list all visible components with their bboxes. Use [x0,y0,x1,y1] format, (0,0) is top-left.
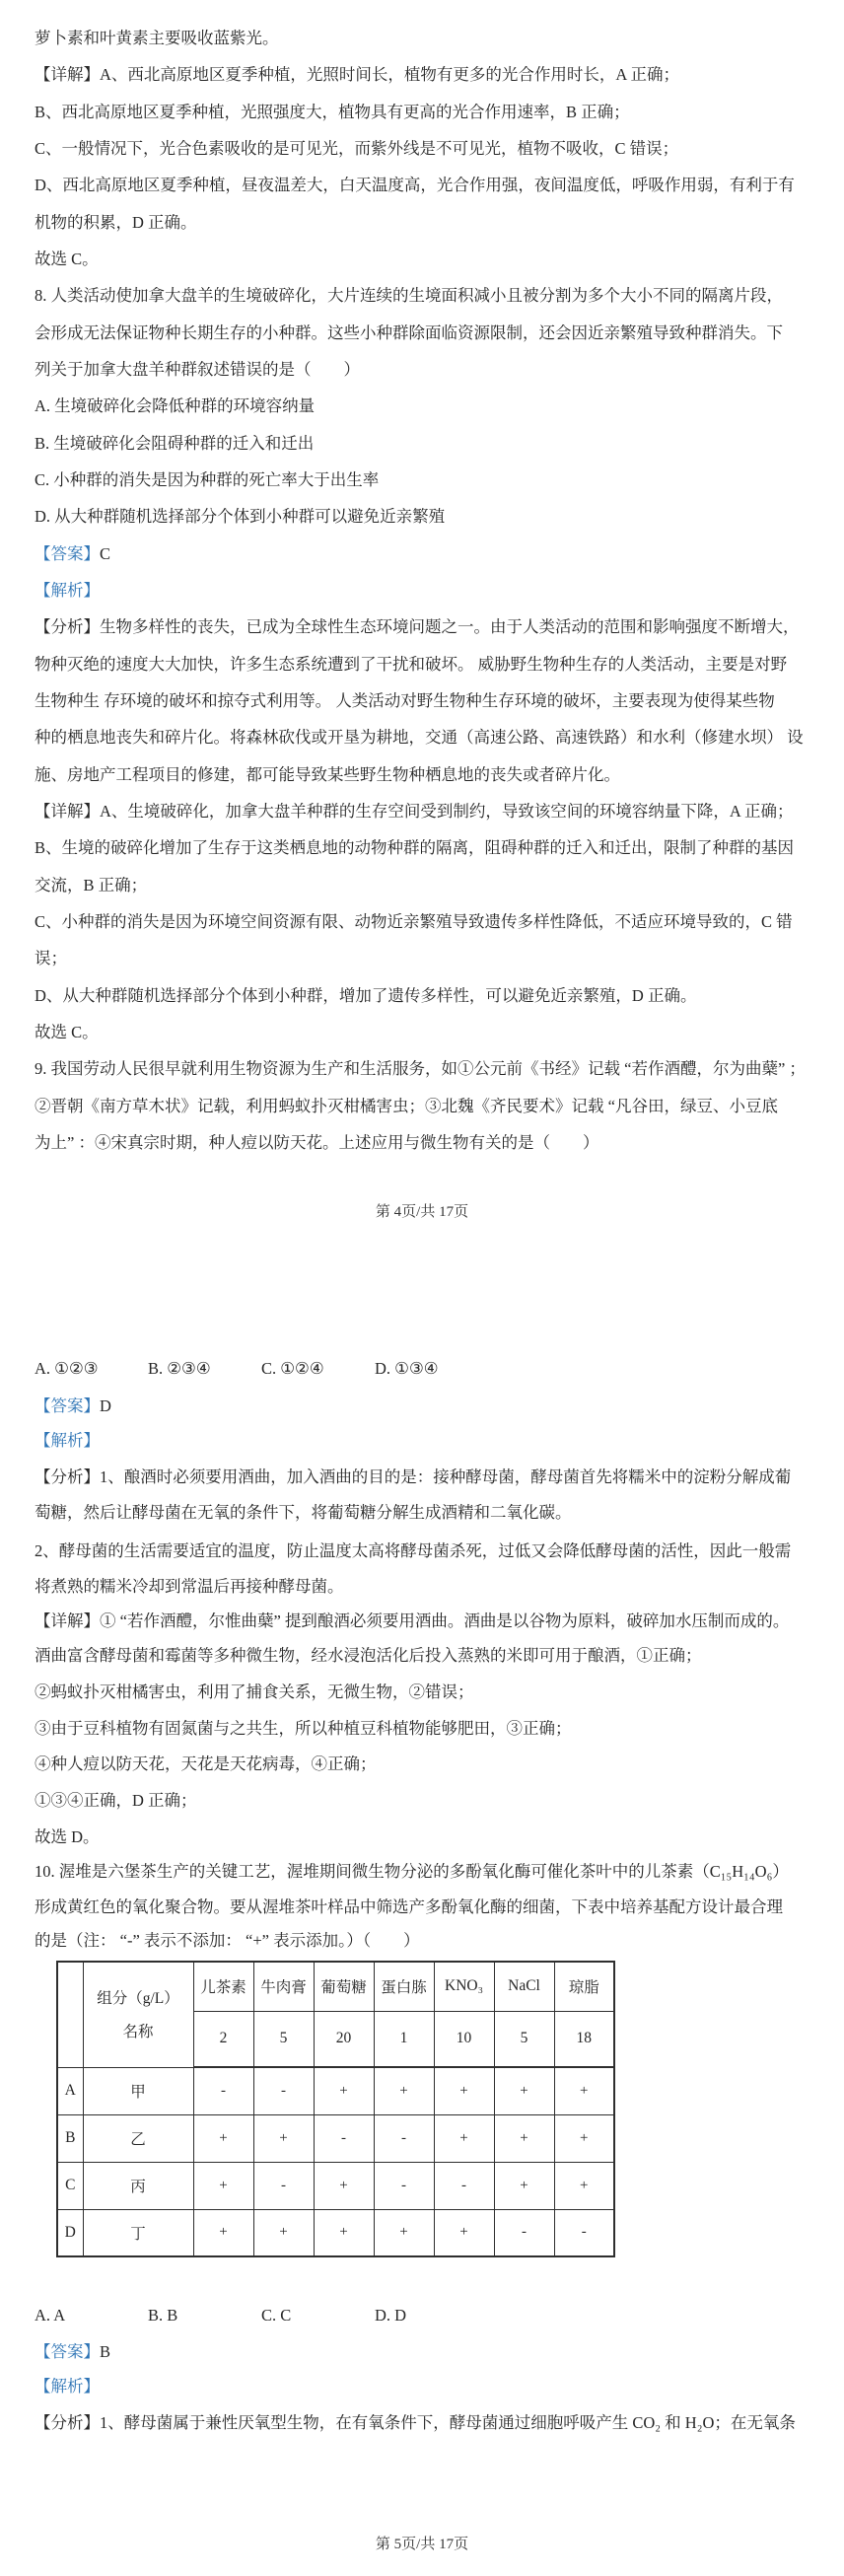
add-flag-cell: - [554,2209,614,2256]
text-line: 将煮熟的糯米冷却到常温后再接种酵母菌。 [35,1576,344,1597]
text-line: 萝卜素和叶黄素主要吸收蓝紫光。 [35,28,279,48]
add-flag-cell: + [374,2209,434,2256]
text-line: B、西北高原地区夏季种植，光照强度大，植物具有更高的光合作用速率，B 正确； [35,102,630,122]
option-item: B. ②③④ [148,1358,211,1379]
answer-line: 【解析】 [35,1430,100,1451]
text-line: ③由于豆科植物有固氮菌与之共生，所以种植豆科植物能够肥田，③正确； [35,1718,572,1739]
medium-name: 乙 [83,2114,193,2162]
text-line: 【分析】1、酿酒时必须要用酒曲，加入酒曲的目的是：接种酵母菌，酵母菌首先将糯米中… [35,1467,791,1487]
add-flag-cell: + [314,2162,374,2209]
text-line: ④种人痘以防天花，天花是天花病毒，④正确； [35,1753,377,1774]
add-flag-cell: + [494,2114,554,2162]
ingredient-amount: 1 [374,2011,434,2067]
text-line: 会形成无法保证物种长期生存的小种群。这些小种群除面临资源限制，还会因近亲繁殖导致… [35,322,783,343]
text-line: 误； [35,948,67,968]
bracket-label: 【答案】 [35,2342,100,2361]
ingredient-header: 儿茶素 [193,1962,253,2011]
option-item: C. C [261,2305,291,2326]
add-flag-cell: + [494,2067,554,2114]
row-option-label: C [57,2162,83,2209]
text-line: 故选 C。 [35,1022,99,1042]
text-line: B、生境的破碎化增加了生存于这类栖息地的动物种群的隔离，阻碍种群的迁入和迁出，限… [35,837,794,858]
text-line: 9. 我国劳动人民很早就利用生物资源为生产和生活服务，如①公元前《书经》记载 “… [35,1058,806,1079]
text-line: 为上” ：④宋真宗时期，种人痘以防天花。上述应用与微生物有关的是（ ） [35,1132,598,1153]
text-line: 8. 人类活动使加拿大盘羊的生境破碎化，大片连续的生境面积减小且被分割为多个大小… [35,285,783,306]
text-line: ②蚂蚁扑灭柑橘害虫，利用了捕食关系，无微生物，②错误； [35,1682,474,1702]
option-item: A. A [35,2305,65,2326]
add-flag-cell: - [253,2162,314,2209]
text-line: ②晋朝《南方草木状》记载，利用蚂蚁扑灭柑橘害虫；③北魏《齐民要术》记载 “凡谷田… [35,1096,778,1116]
page-footer: 第 5页/共 17页 [0,2533,844,2553]
text-line: 故选 C。 [35,249,99,269]
component-unit-label: 组分（g/L） [84,1989,193,2009]
answer-line: 【解析】 [35,580,100,601]
text-line: C. 小种群的消失是因为种群的死亡率大于出生率 [35,469,379,490]
text-line: 10. 渥堆是六堡茶生产的关键工艺，渥堆期间微生物分泌的多酚氧化酶可催化茶叶中的… [35,1861,789,1882]
ingredient-header: 牛肉膏 [253,1962,314,2011]
ingredient-header: KNO₃ [434,1962,494,2011]
bracket-label: 【答案】 [35,1396,100,1415]
add-flag-cell: - [253,2067,314,2114]
text-line: C、小种群的消失是因为环境空间资源有限、动物近亲繁殖导致遗传多样性降低，不适应环… [35,911,793,932]
add-flag-cell: + [554,2162,614,2209]
add-flag-cell: + [193,2162,253,2209]
add-flag-cell: - [314,2114,374,2162]
text-line: B. 生境破碎化会阻碍种群的迁入和迁出 [35,433,314,454]
options-row: A. AB. BC. CD. D [0,2305,844,2326]
option-item: D. D [375,2305,406,2326]
add-flag-cell: + [554,2067,614,2114]
text-line: 【详解】A、西北高原地区夏季种植，光照时间长，植物有更多的光合作用时长，A 正确… [35,64,679,85]
text-line: 【分析】1、酵母菌属于兼性厌氧型生物，在有氧条件下，酵母菌通过细胞呼吸产生 CO… [35,2412,796,2433]
answer-line: 【答案】B [35,2341,110,2362]
text-line: 形成黄红色的氧化聚合物。要从渥堆茶叶样品中筛选产多酚氧化酶的细菌，下表中培养基配… [35,1896,783,1917]
text-line: D、从大种群随机选择部分个体到小种群，增加了遗传多样性，可以避免近亲繁殖，D 正… [35,985,696,1006]
row-option-label: A [57,2067,83,2114]
ingredient-header: NaCl [494,1962,554,2011]
answer-line: 【答案】C [35,543,110,564]
ingredient-amount: 2 [193,2011,253,2067]
add-flag-cell: - [494,2209,554,2256]
option-item: C. ①②④ [261,1358,324,1379]
add-flag-cell: + [554,2114,614,2162]
add-flag-cell: + [434,2114,494,2162]
text-line: 故选 D。 [35,1826,100,1847]
culture-medium-table: 组分（g/L）名称儿茶素牛肉膏葡萄糖蛋白胨KNO₃NaCl琼脂252011051… [56,1961,615,2257]
medium-name: 丁 [83,2209,193,2256]
text-line: 【详解】A、生境破碎化，加拿大盘羊种群的生存空间受到制约，导致该空间的环境容纳量… [35,801,794,822]
text-line: C、一般情况下，光合色素吸收的是可见光，而紫外线是不可见光，植物不吸收，C 错误… [35,138,678,159]
add-flag-cell: + [193,2114,253,2162]
add-flag-cell: + [314,2067,374,2114]
exam-document-page: 萝卜素和叶黄素主要吸收蓝紫光。【详解】A、西北高原地区夏季种植，光照时间长，植物… [0,0,844,2576]
row-option-label: D [57,2209,83,2256]
text-line: 萄糖，然后让酵母菌在无氧的条件下，将葡萄糖分解生成酒精和二氧化碳。 [35,1502,572,1523]
row-option-label: B [57,2114,83,2162]
option-item: B. B [148,2305,177,2326]
add-flag-cell: + [193,2209,253,2256]
add-flag-cell: + [253,2209,314,2256]
options-row: A. ①②③B. ②③④C. ①②④D. ①③④ [0,1358,844,1380]
medium-name: 丙 [83,2162,193,2209]
ingredient-amount: 10 [434,2011,494,2067]
add-flag-cell: - [374,2114,434,2162]
text-line: ①③④正确，D 正确； [35,1790,197,1811]
add-flag-cell: + [314,2209,374,2256]
ingredient-header: 蛋白胨 [374,1962,434,2011]
text-line: 2、酵母菌的生活需要适宜的温度，防止温度太高将酵母菌杀死，过低又会降低酵母菌的活… [35,1540,791,1561]
text-line: D、西北高原地区夏季种植，昼夜温差大，白天温度高，光合作用强，夜间温度低，呼吸作… [35,175,795,195]
text-line: 物种灭绝的速度大大加快，许多生态系统遭到了干扰和破坏。 威胁野生物种生存的人类活… [35,654,787,675]
ingredient-header: 葡萄糖 [314,1962,374,2011]
medium-name-label: 名称 [84,2023,193,2042]
add-flag-cell: - [434,2162,494,2209]
answer-line: 【答案】D [35,1395,111,1416]
text-line: 列关于加拿大盘羊种群叙述错误的是（ ） [35,359,360,380]
text-line: 酒曲富含酵母菌和霉菌等多种微生物，经水浸泡活化后投入蒸熟的米即可用于酿酒，①正确… [35,1645,702,1666]
add-flag-cell: + [374,2067,434,2114]
ingredient-amount: 5 [253,2011,314,2067]
bracket-label: 【解析】 [35,581,100,600]
text-line: D. 从大种群随机选择部分个体到小种群可以避免近亲繁殖 [35,506,445,527]
text-line: 【分析】生物多样性的丧失，已成为全球性生态环境问题之一。由于人类活动的范围和影响… [35,616,800,637]
add-flag-cell: + [434,2067,494,2114]
add-flag-cell: - [193,2067,253,2114]
table-corner-cell [57,1962,83,2067]
answer-value: D [100,1396,111,1415]
text-line: 【详解】① “若作酒醴，尔惟曲蘖” 提到酿酒必须要用酒曲。酒曲是以谷物为原料，破… [35,1610,789,1631]
ingredient-amount: 18 [554,2011,614,2067]
text-line: 机物的积累，D 正确。 [35,212,197,233]
add-flag-cell: - [374,2162,434,2209]
answer-value: B [100,2342,110,2361]
bracket-label: 【解析】 [35,1431,100,1450]
text-line: 的是（注： “-” 表示不添加： “+” 表示添加。）（ ） [35,1930,420,1951]
ingredient-amount: 20 [314,2011,374,2067]
add-flag-cell: + [434,2209,494,2256]
text-line: 种的栖息地丧失和碎片化。将森林砍伐或开垦为耕地，交通（高速公路、高速铁路）和水利… [35,727,804,748]
bracket-label: 【解析】 [35,2377,100,2396]
text-line: 交流，B 正确； [35,875,147,895]
bracket-label: 【答案】 [35,544,100,563]
option-item: D. ①③④ [375,1358,439,1379]
ingredient-amount: 5 [494,2011,554,2067]
ingredient-header: 琼脂 [554,1962,614,2011]
medium-name: 甲 [83,2067,193,2114]
answer-value: C [100,544,110,563]
text-line: 生物种生 存环境的破坏和掠夺式利用等。 人类活动对野生物种生存环境的破坏，主要表… [35,690,775,711]
add-flag-cell: + [494,2162,554,2209]
add-flag-cell: + [253,2114,314,2162]
answer-line: 【解析】 [35,2376,100,2397]
component-name-header: 组分（g/L）名称 [83,1962,193,2067]
page-footer: 第 4页/共 17页 [0,1200,844,1221]
text-line: A. 生境破碎化会降低种群的环境容纳量 [35,395,315,416]
text-line: 施、房地产工程项目的修建，都可能导致某些野生物种栖息地的丧失或者碎片化。 [35,764,620,785]
option-item: A. ①②③ [35,1358,99,1379]
